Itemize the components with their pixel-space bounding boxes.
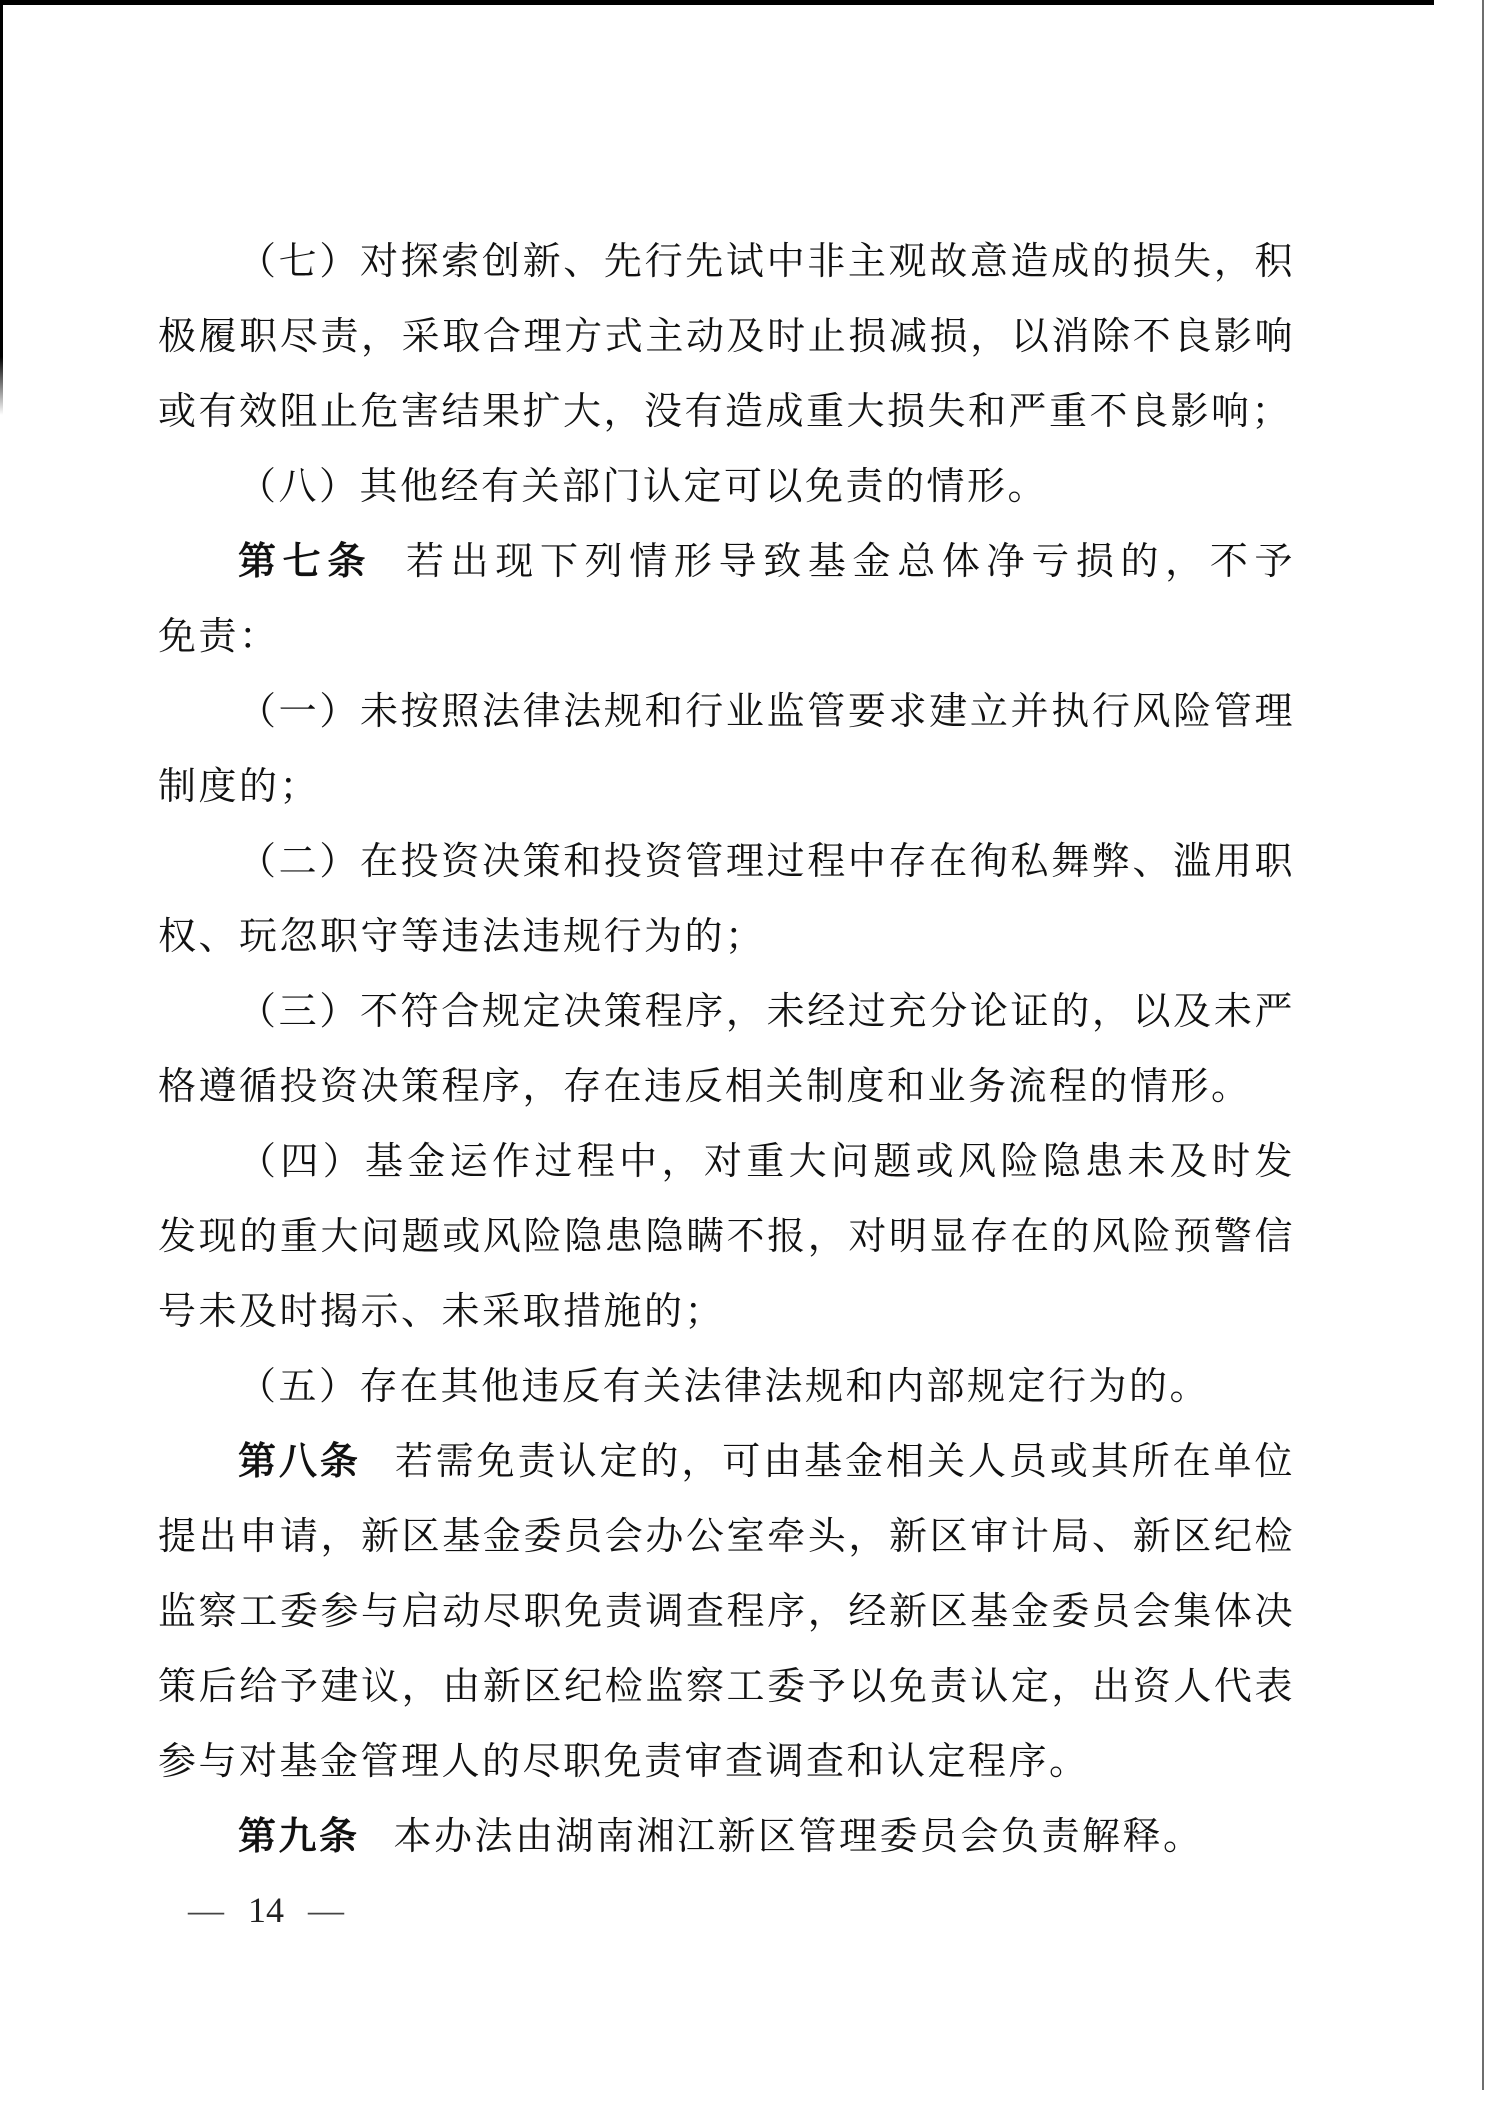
- text-segment: （二）在投资决策和投资管理过程中存在徇私舞弊、滥用职: [238, 841, 1295, 883]
- page-number-right-dash: —: [308, 1890, 344, 1930]
- text-line: 权、玩忽职守等违法违规行为的；: [158, 900, 1295, 975]
- text-segment: （七）对探索创新、先行先试中非主观故意造成的损失，积: [238, 241, 1295, 283]
- text-line: （四）基金运作过程中，对重大问题或风险隐患未及时发现，: [158, 1125, 1295, 1200]
- text-segment: 免责：: [158, 616, 280, 658]
- text-line: 第八条若需免责认定的，可由基金相关人员或其所在单位: [158, 1425, 1295, 1500]
- page-footer: —14—: [188, 1886, 344, 1934]
- text-segment: 格遵循投资决策程序，存在违反相关制度和业务流程的情形。: [158, 1066, 1252, 1108]
- text-segment: 或有效阻止危害结果扩大，没有造成重大损失和严重不良影响；: [158, 391, 1292, 433]
- text-line: （二）在投资决策和投资管理过程中存在徇私舞弊、滥用职: [158, 825, 1295, 900]
- text-line: （五）存在其他违反有关法律法规和内部规定行为的。: [158, 1350, 1295, 1425]
- text-segment: 监察工委参与启动尽职免责调查程序，经新区基金委员会集体决: [158, 1591, 1295, 1633]
- article-number: 第七条: [238, 541, 372, 583]
- scan-right-edge-artifact: [1482, 0, 1484, 2090]
- text-segment: 若出现下列情形导致基金总体净亏损的，不予: [406, 541, 1295, 583]
- text-segment: 本办法由湖南湘江新区管理委员会负责解释。: [394, 1816, 1204, 1858]
- text-segment: （三）不符合规定决策程序，未经过充分论证的，以及未严: [238, 991, 1295, 1033]
- text-line: （八）其他经有关部门认定可以免责的情形。: [158, 450, 1295, 525]
- text-line: 制度的；: [158, 750, 1295, 825]
- text-line: 免责：: [158, 600, 1295, 675]
- text-segment: 策后给予建议，由新区纪检监察工委予以免责认定，出资人代表: [158, 1666, 1295, 1708]
- text-segment: （八）其他经有关部门认定可以免责的情形。: [238, 466, 1048, 508]
- text-segment: 极履职尽责，采取合理方式主动及时止损减损，以消除不良影响: [158, 316, 1295, 358]
- document-page: （七）对探索创新、先行先试中非主观故意造成的损失，积极履职尽责，采取合理方式主动…: [0, 0, 1488, 2104]
- text-line: 极履职尽责，采取合理方式主动及时止损减损，以消除不良影响: [158, 300, 1295, 375]
- text-segment: 若需免责认定的，可由基金相关人员或其所在单位: [395, 1441, 1295, 1483]
- text-segment: 权、玩忽职守等违法违规行为的；: [158, 916, 766, 958]
- text-line: 第九条本办法由湖南湘江新区管理委员会负责解释。: [158, 1800, 1295, 1875]
- text-line: 格遵循投资决策程序，存在违反相关制度和业务流程的情形。: [158, 1050, 1295, 1125]
- text-line: 策后给予建议，由新区纪检监察工委予以免责认定，出资人代表: [158, 1650, 1295, 1725]
- text-line: 监察工委参与启动尽职免责调查程序，经新区基金委员会集体决: [158, 1575, 1295, 1650]
- article-number: 第九条: [238, 1816, 360, 1858]
- text-line: 号未及时揭示、未采取措施的；: [158, 1275, 1295, 1350]
- text-line: （七）对探索创新、先行先试中非主观故意造成的损失，积: [158, 225, 1295, 300]
- text-segment: （一）未按照法律法规和行业监管要求建立并执行风险管理: [238, 691, 1295, 733]
- text-line: 或有效阻止危害结果扩大，没有造成重大损失和严重不良影响；: [158, 375, 1295, 450]
- document-lines: （七）对探索创新、先行先试中非主观故意造成的损失，积极履职尽责，采取合理方式主动…: [158, 225, 1295, 1875]
- text-line: （三）不符合规定决策程序，未经过充分论证的，以及未严: [158, 975, 1295, 1050]
- text-line: 发现的重大问题或风险隐患隐瞒不报，对明显存在的风险预警信: [158, 1200, 1295, 1275]
- article-number: 第八条: [238, 1441, 361, 1483]
- text-line: （一）未按照法律法规和行业监管要求建立并执行风险管理: [158, 675, 1295, 750]
- text-line: 第七条若出现下列情形导致基金总体净亏损的，不予: [158, 525, 1295, 600]
- text-segment: 号未及时揭示、未采取措施的；: [158, 1291, 725, 1333]
- scan-left-edge-artifact: [0, 0, 3, 415]
- text-segment: （五）存在其他违反有关法律法规和内部规定行为的。: [238, 1366, 1210, 1408]
- text-line: 提出申请，新区基金委员会办公室牵头，新区审计局、新区纪检: [158, 1500, 1295, 1575]
- text-segment: 提出申请，新区基金委员会办公室牵头，新区审计局、新区纪检: [158, 1516, 1295, 1558]
- page-number-left-dash: —: [188, 1890, 224, 1930]
- text-segment: （四）基金运作过程中，对重大问题或风险隐患未及时发现，: [238, 1141, 1295, 1200]
- text-segment: 制度的；: [158, 766, 320, 808]
- scan-top-edge-artifact: [0, 0, 1434, 5]
- text-segment: 发现的重大问题或风险隐患隐瞒不报，对明显存在的风险预警信: [158, 1216, 1295, 1258]
- page-number: 14: [248, 1890, 284, 1930]
- text-segment: 参与对基金管理人的尽职免责审查调查和认定程序。: [158, 1741, 1090, 1783]
- text-line: 参与对基金管理人的尽职免责审查调查和认定程序。: [158, 1725, 1295, 1800]
